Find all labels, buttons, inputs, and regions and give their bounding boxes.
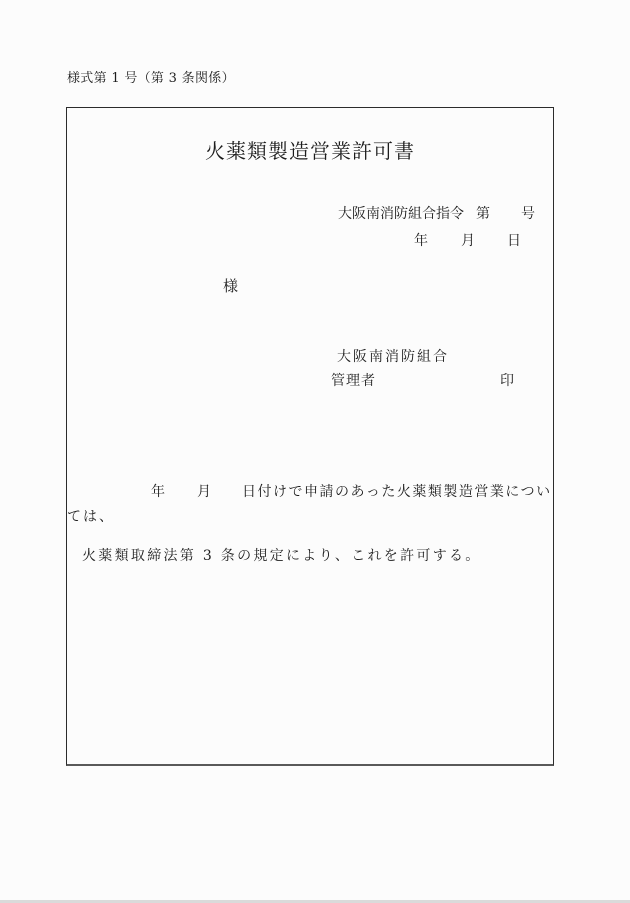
- body-text-line1: 日付けで申請のあった火薬類製造営業につい: [242, 484, 552, 502]
- permission-sentence: 火薬類取締法第 3 条の規定により、これを許可する。: [82, 548, 482, 566]
- application-date-year-label: 年: [151, 484, 165, 502]
- directive-number-suffix: 号: [521, 206, 535, 224]
- issue-date-year-label: 年: [414, 233, 428, 251]
- body-text-line2: ては、: [67, 509, 115, 527]
- signer-organization: 大阪南消防組合: [337, 349, 449, 367]
- signer-position: 管理者: [331, 373, 376, 391]
- application-date-month-label: 月: [197, 484, 211, 502]
- form-number-label: 様式第 1 号（第 3 条関係）: [67, 71, 235, 87]
- seal-mark: 印: [500, 373, 514, 391]
- directive-authority-text: 大阪南消防組合指令: [338, 206, 464, 224]
- issue-date-month-label: 月: [461, 233, 475, 251]
- issue-date-day-label: 日: [507, 233, 521, 251]
- addressee-honorific: 様: [223, 277, 238, 296]
- document-title: 火薬類製造営業許可書: [66, 139, 554, 164]
- permit-document-page: 様式第 1 号（第 3 条関係） 火薬類製造営業許可書 大阪南消防組合指令 第 …: [0, 0, 630, 903]
- directive-number-prefix: 第: [476, 206, 490, 224]
